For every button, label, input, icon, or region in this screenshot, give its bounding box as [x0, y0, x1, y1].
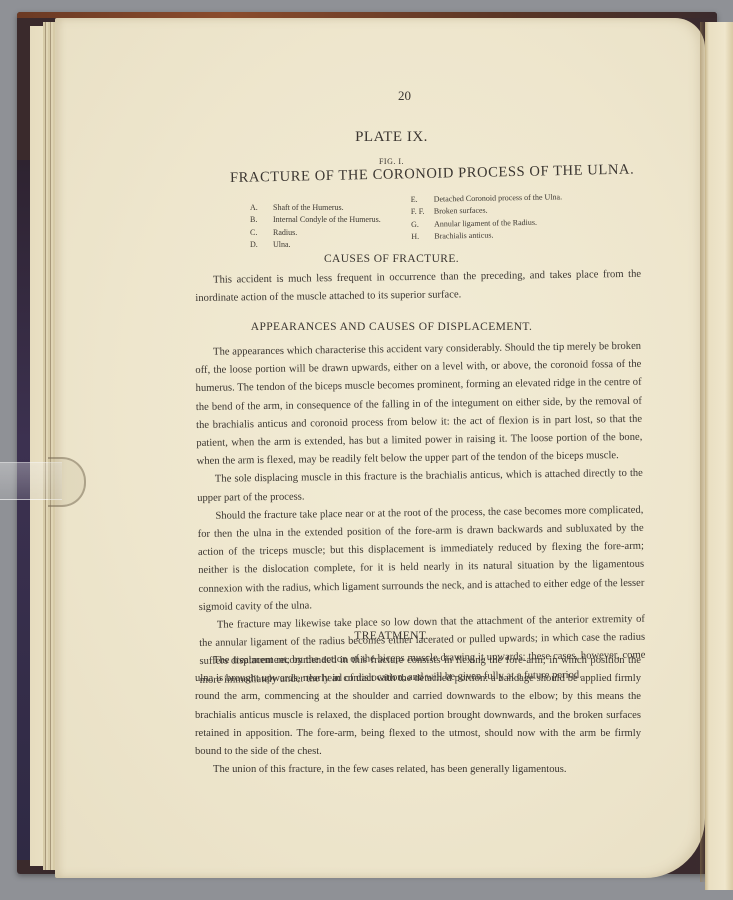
section-heading-treatment: TREATMENT. — [0, 630, 733, 642]
legend-item: D.Ulna. — [250, 239, 381, 251]
paragraph: Should the fracture take place near or a… — [197, 502, 644, 617]
paragraph: This accident is much less frequent in o… — [195, 266, 641, 309]
legend-key: E. — [411, 194, 434, 207]
legend-key: D. — [250, 239, 273, 251]
legend-key: A. — [250, 202, 273, 214]
legend-label: Ulna. — [273, 239, 291, 251]
paragraph: The appearances which characterise this … — [195, 338, 643, 472]
gutter-shadow — [700, 22, 706, 882]
legend-key: H. — [411, 230, 434, 243]
cover-spine-band — [17, 160, 31, 860]
plate-title: PLATE IX. — [0, 129, 733, 146]
paragraph: The sole displacing muscle in this fract… — [197, 465, 643, 508]
legend-item: H.Brachialis anticus. — [411, 228, 563, 243]
legend-key: G. — [411, 218, 434, 231]
legend-item: A.Shaft of the Humerus. — [250, 202, 381, 214]
legend-left: A.Shaft of the Humerus. B.Internal Condy… — [250, 202, 381, 251]
paragraph: The union of this fracture, in the few c… — [195, 761, 641, 779]
legend-label: Detached Coronoid process of the Ulna. — [434, 191, 563, 206]
page-edges-right — [705, 22, 733, 890]
legend-item: C.Radius. — [250, 227, 381, 239]
legend-key: C. — [250, 227, 273, 239]
legend-label: Annular ligament of the Radius. — [434, 216, 537, 230]
section-heading-appearances: APPEARANCES AND CAUSES OF DISPLACEMENT. — [0, 321, 733, 333]
legend-label: Internal Condyle of the Humerus. — [273, 214, 381, 226]
legend-right: E.Detached Coronoid process of the Ulna.… — [411, 191, 563, 243]
legend-label: Broken surfaces. — [434, 205, 488, 218]
legend-label: Shaft of the Humerus. — [273, 202, 344, 214]
book-photo: 20 PLATE IX. FIG. I. FRACTURE OF THE COR… — [0, 0, 733, 900]
legend-label: Radius. — [273, 227, 297, 239]
section-heading-causes: CAUSES OF FRACTURE. — [0, 253, 733, 265]
legend-label: Brachialis anticus. — [434, 229, 493, 242]
paragraph: The treatment recommended in this fractu… — [195, 652, 641, 761]
section-body-treatment: The treatment recommended in this fractu… — [195, 652, 641, 779]
section-body-causes: This accident is much less frequent in o… — [195, 266, 641, 309]
legend-key: B. — [250, 214, 273, 226]
page-number: 20 — [398, 88, 411, 104]
legend-item: B.Internal Condyle of the Humerus. — [250, 214, 381, 226]
legend-key: F. F. — [411, 206, 434, 219]
